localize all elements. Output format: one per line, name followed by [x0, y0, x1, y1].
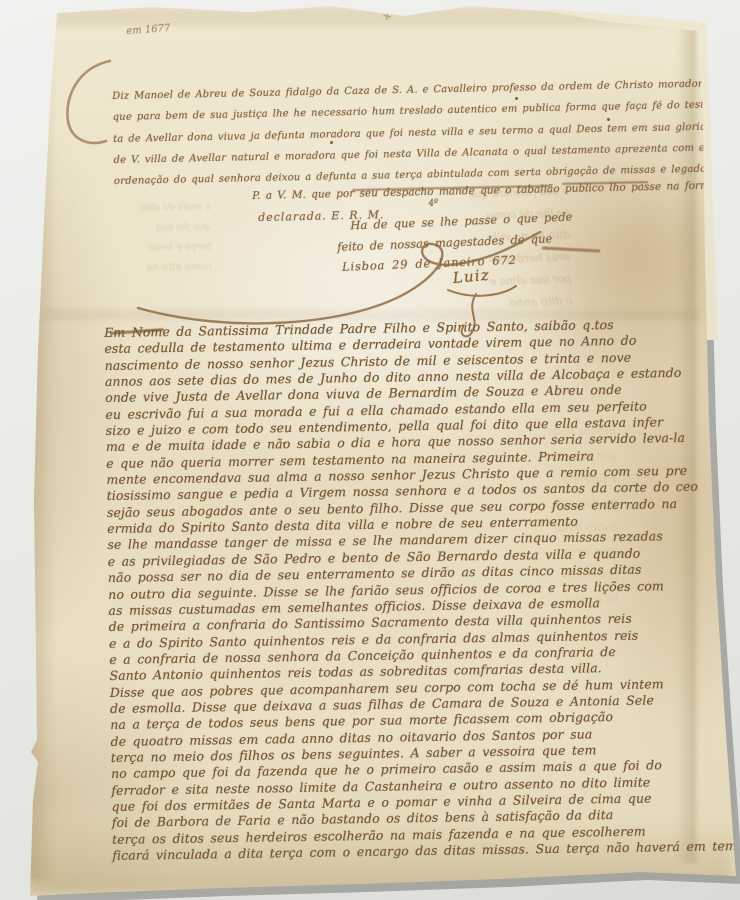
- testament-body: Em Nome da Santissima Trindade Padre Fil…: [104, 313, 740, 864]
- ink-blot: [607, 118, 610, 121]
- despacho-mark: 4º: [428, 198, 439, 209]
- manuscript-page: e sua fazenda quese lhe dé comodito he n…: [0, 0, 740, 900]
- petition-paragraph: Diz Manoel de Abreu de Souza fidalgo da …: [112, 71, 740, 192]
- lead-in-flourish: [120, 228, 550, 332]
- ink-blot: [515, 97, 518, 100]
- show-through-line: e mais do dito: [139, 197, 211, 218]
- ink-blot: [330, 141, 333, 144]
- ink-blot: [283, 442, 285, 444]
- cross-mark: +: [381, 8, 394, 24]
- photo-background: { "colors": { "background": "#e9ebe7", "…: [0, 0, 740, 900]
- year-annotation: em 1677: [126, 23, 171, 37]
- initial-letter-swash: [58, 55, 118, 150]
- stain: [26, 60, 56, 880]
